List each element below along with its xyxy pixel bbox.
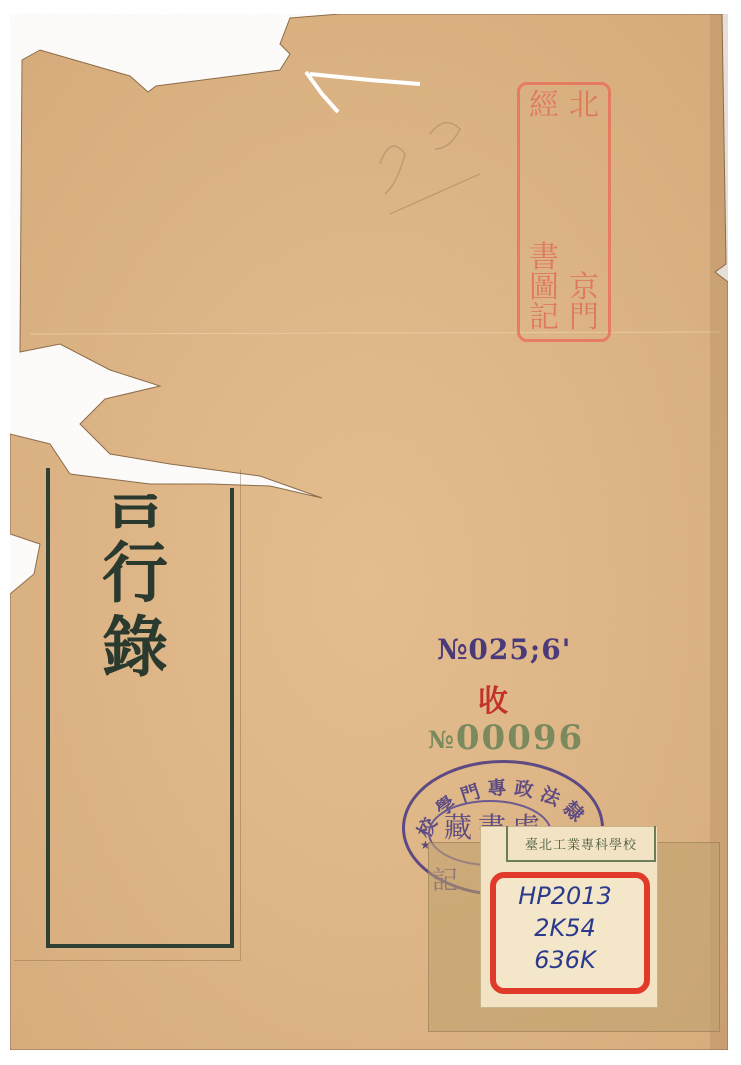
seal-char: 書: [529, 243, 559, 273]
accession-number: №025;6': [437, 633, 571, 666]
call-number-line: HP2013: [500, 880, 630, 912]
serial-number: №00096: [428, 718, 584, 758]
seal-char: 經: [529, 91, 559, 121]
seal-char: 記: [529, 303, 559, 333]
seal-char: 門: [569, 303, 599, 333]
library-institution: 臺北工業專科學校: [506, 826, 656, 862]
call-number: HP2013 2K54 636K: [500, 880, 630, 976]
number-sign: №: [428, 726, 456, 754]
received-mark: 收: [478, 676, 508, 720]
title-char: 言: [102, 466, 168, 540]
seal-char: 圖: [529, 273, 559, 303]
seal-char: 北: [569, 91, 599, 121]
seal-char: 京: [569, 273, 599, 303]
book-cover: 北 京 門 經 書 圖 記 言 行 錄 №025;6' 收 №00096 校 學…: [10, 14, 728, 1050]
call-number-line: 2K54: [500, 912, 630, 944]
title-char: 行: [102, 540, 168, 614]
serial-number-value: 00096: [456, 718, 584, 758]
title-char: 錄: [102, 614, 168, 688]
accession-number-text: №025;6': [437, 633, 571, 666]
red-library-seal: 北 京 門 經 書 圖 記: [517, 82, 611, 342]
call-number-line: 636K: [500, 944, 630, 976]
book-title: 言 行 錄: [60, 466, 210, 688]
